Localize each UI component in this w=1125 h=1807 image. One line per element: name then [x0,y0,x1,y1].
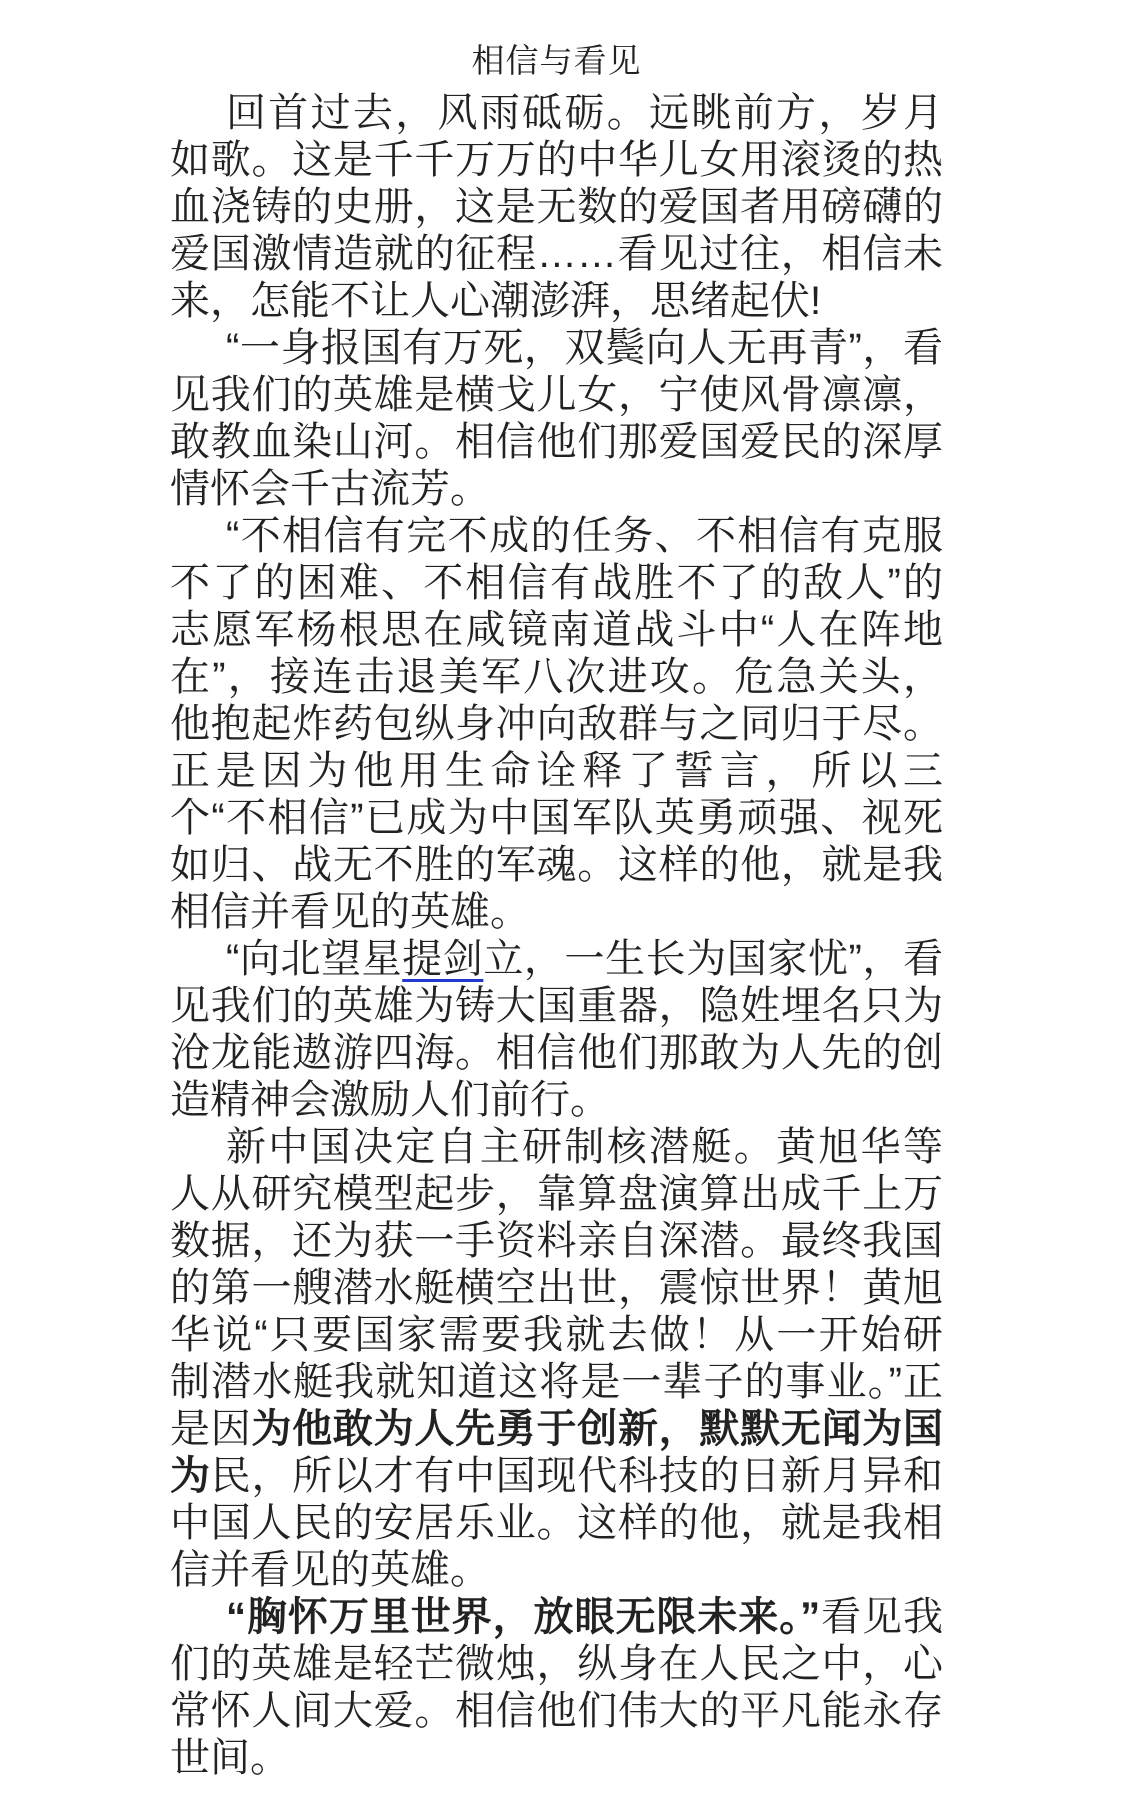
underlined-term[interactable]: 提剑 [402,937,483,981]
text-segment: “向北望星 [226,937,402,981]
paragraph: “一身报国有万死，双鬓向人无再青”，看见我们的英雄是横戈儿女，宁使风骨凛凛，敢教… [170,325,943,513]
document-page: 相信与看见 回首过去，风雨砥砺。远眺前方，岁月如歌。这是千千万万的中华儿女用滚烫… [0,0,1125,1807]
text-segment: 回首过去，风雨砥砺。远眺前方，岁月如歌。这是千千万万的中华儿女用滚烫的热血浇铸的… [170,91,943,323]
paragraph: 回首过去，风雨砥砺。远眺前方，岁月如歌。这是千千万万的中华儿女用滚烫的热血浇铸的… [170,90,943,325]
text-segment: 民，所以才有中国现代科技的日新月异和中国人民的安居乐业。这样的他，就是我相信并看… [170,1454,943,1592]
text-segment: 新中国决定自主研制核潜艇。黄旭华等人从研究模型起步，靠算盘演算出成千上万数据，还… [170,1125,943,1451]
document-body: 回首过去，风雨砥砺。远眺前方，岁月如歌。这是千千万万的中华儿女用滚烫的热血浇铸的… [170,90,943,1782]
text-segment: “不相信有完不成的任务、不相信有克服不了的困难、不相信有战胜不了的敌人”的志愿军… [170,514,943,934]
text-segment: “一身报国有万死，双鬓向人无再青”，看见我们的英雄是横戈儿女，宁使风骨凛凛，敢教… [170,326,943,511]
paragraph: “胸怀万里世界，放眼无限未来。”看见我们的英雄是轻芒微烛，纵身在人民之中，心常怀… [170,1594,943,1782]
paragraph: 新中国决定自主研制核潜艇。黄旭华等人从研究模型起步，靠算盘演算出成千上万数据，还… [170,1124,943,1594]
bold-phrase: “胸怀万里世界，放眼无限未来。” [226,1595,820,1639]
page-title: 相信与看见 [170,40,943,82]
paragraph: “不相信有完不成的任务、不相信有克服不了的困难、不相信有战胜不了的敌人”的志愿军… [170,513,943,936]
paragraph: “向北望星提剑立，一生长为国家忧”，看见我们的英雄为铸大国重器，隐姓埋名只为沧龙… [170,936,943,1124]
